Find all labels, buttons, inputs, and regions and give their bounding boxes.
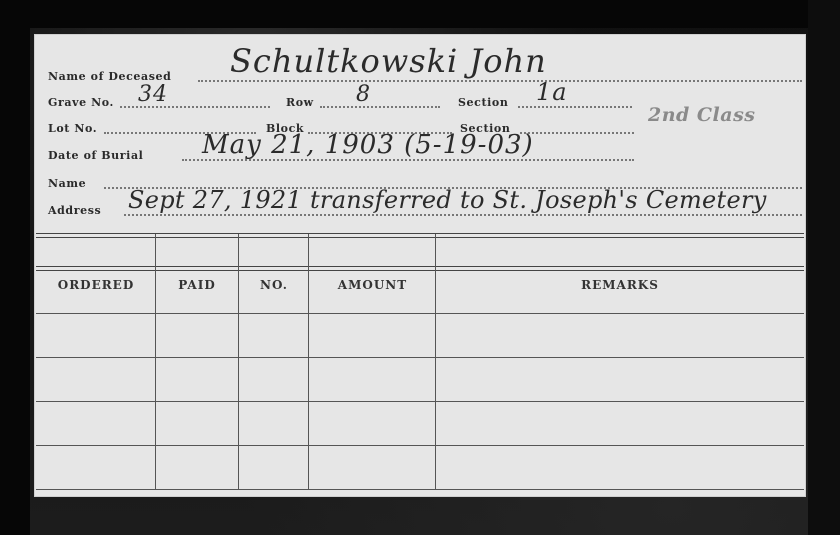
col-header-ordered: ORDERED	[36, 278, 156, 292]
col-header-paid: PAID	[156, 278, 238, 292]
table-row-line	[36, 489, 804, 490]
class-stamp: 2nd Class	[648, 104, 755, 126]
label-section: Section	[458, 96, 508, 109]
scan-right-border	[808, 0, 840, 535]
table-row-line	[36, 357, 804, 358]
dotted-line-section-2	[520, 132, 634, 134]
col-divider-2	[238, 234, 239, 490]
value-section: 1a	[536, 78, 568, 106]
value-name-of-deceased: Schultkowski John	[230, 42, 547, 80]
col-divider-1	[155, 234, 156, 490]
dotted-line-name	[198, 80, 802, 82]
scan-left-border	[0, 28, 30, 535]
table-header-rule	[36, 266, 804, 271]
value-address: Sept 27, 1921 transferred to St. Joseph'…	[128, 186, 767, 214]
value-grave-no: 34	[138, 82, 168, 107]
label-row: Row	[286, 96, 314, 109]
table-row-line	[36, 401, 804, 402]
col-header-amount: AMOUNT	[309, 278, 436, 292]
label-lot-no: Lot No.	[48, 122, 97, 135]
table-row-line	[36, 313, 804, 314]
label-name: Name	[48, 177, 86, 190]
label-address: Address	[48, 204, 101, 217]
col-divider-4	[435, 234, 436, 490]
label-grave-no: Grave No.	[48, 96, 114, 109]
col-divider-3	[308, 234, 309, 490]
scan-top-border	[0, 0, 840, 28]
col-header-no: NO.	[239, 278, 309, 292]
table-row-line	[36, 445, 804, 446]
dotted-line-address	[124, 214, 802, 216]
table-top-rule	[36, 233, 804, 238]
label-date-of-burial: Date of Burial	[48, 149, 143, 162]
burial-record-card: Name of Deceased Schultkowski John Grave…	[34, 34, 806, 497]
value-row: 8	[356, 82, 371, 107]
col-header-remarks: REMARKS	[436, 278, 804, 292]
dotted-line-section	[518, 106, 632, 108]
value-date-of-burial: May 21, 1903 (5-19-03)	[202, 130, 534, 160]
dotted-line-row	[320, 106, 440, 108]
